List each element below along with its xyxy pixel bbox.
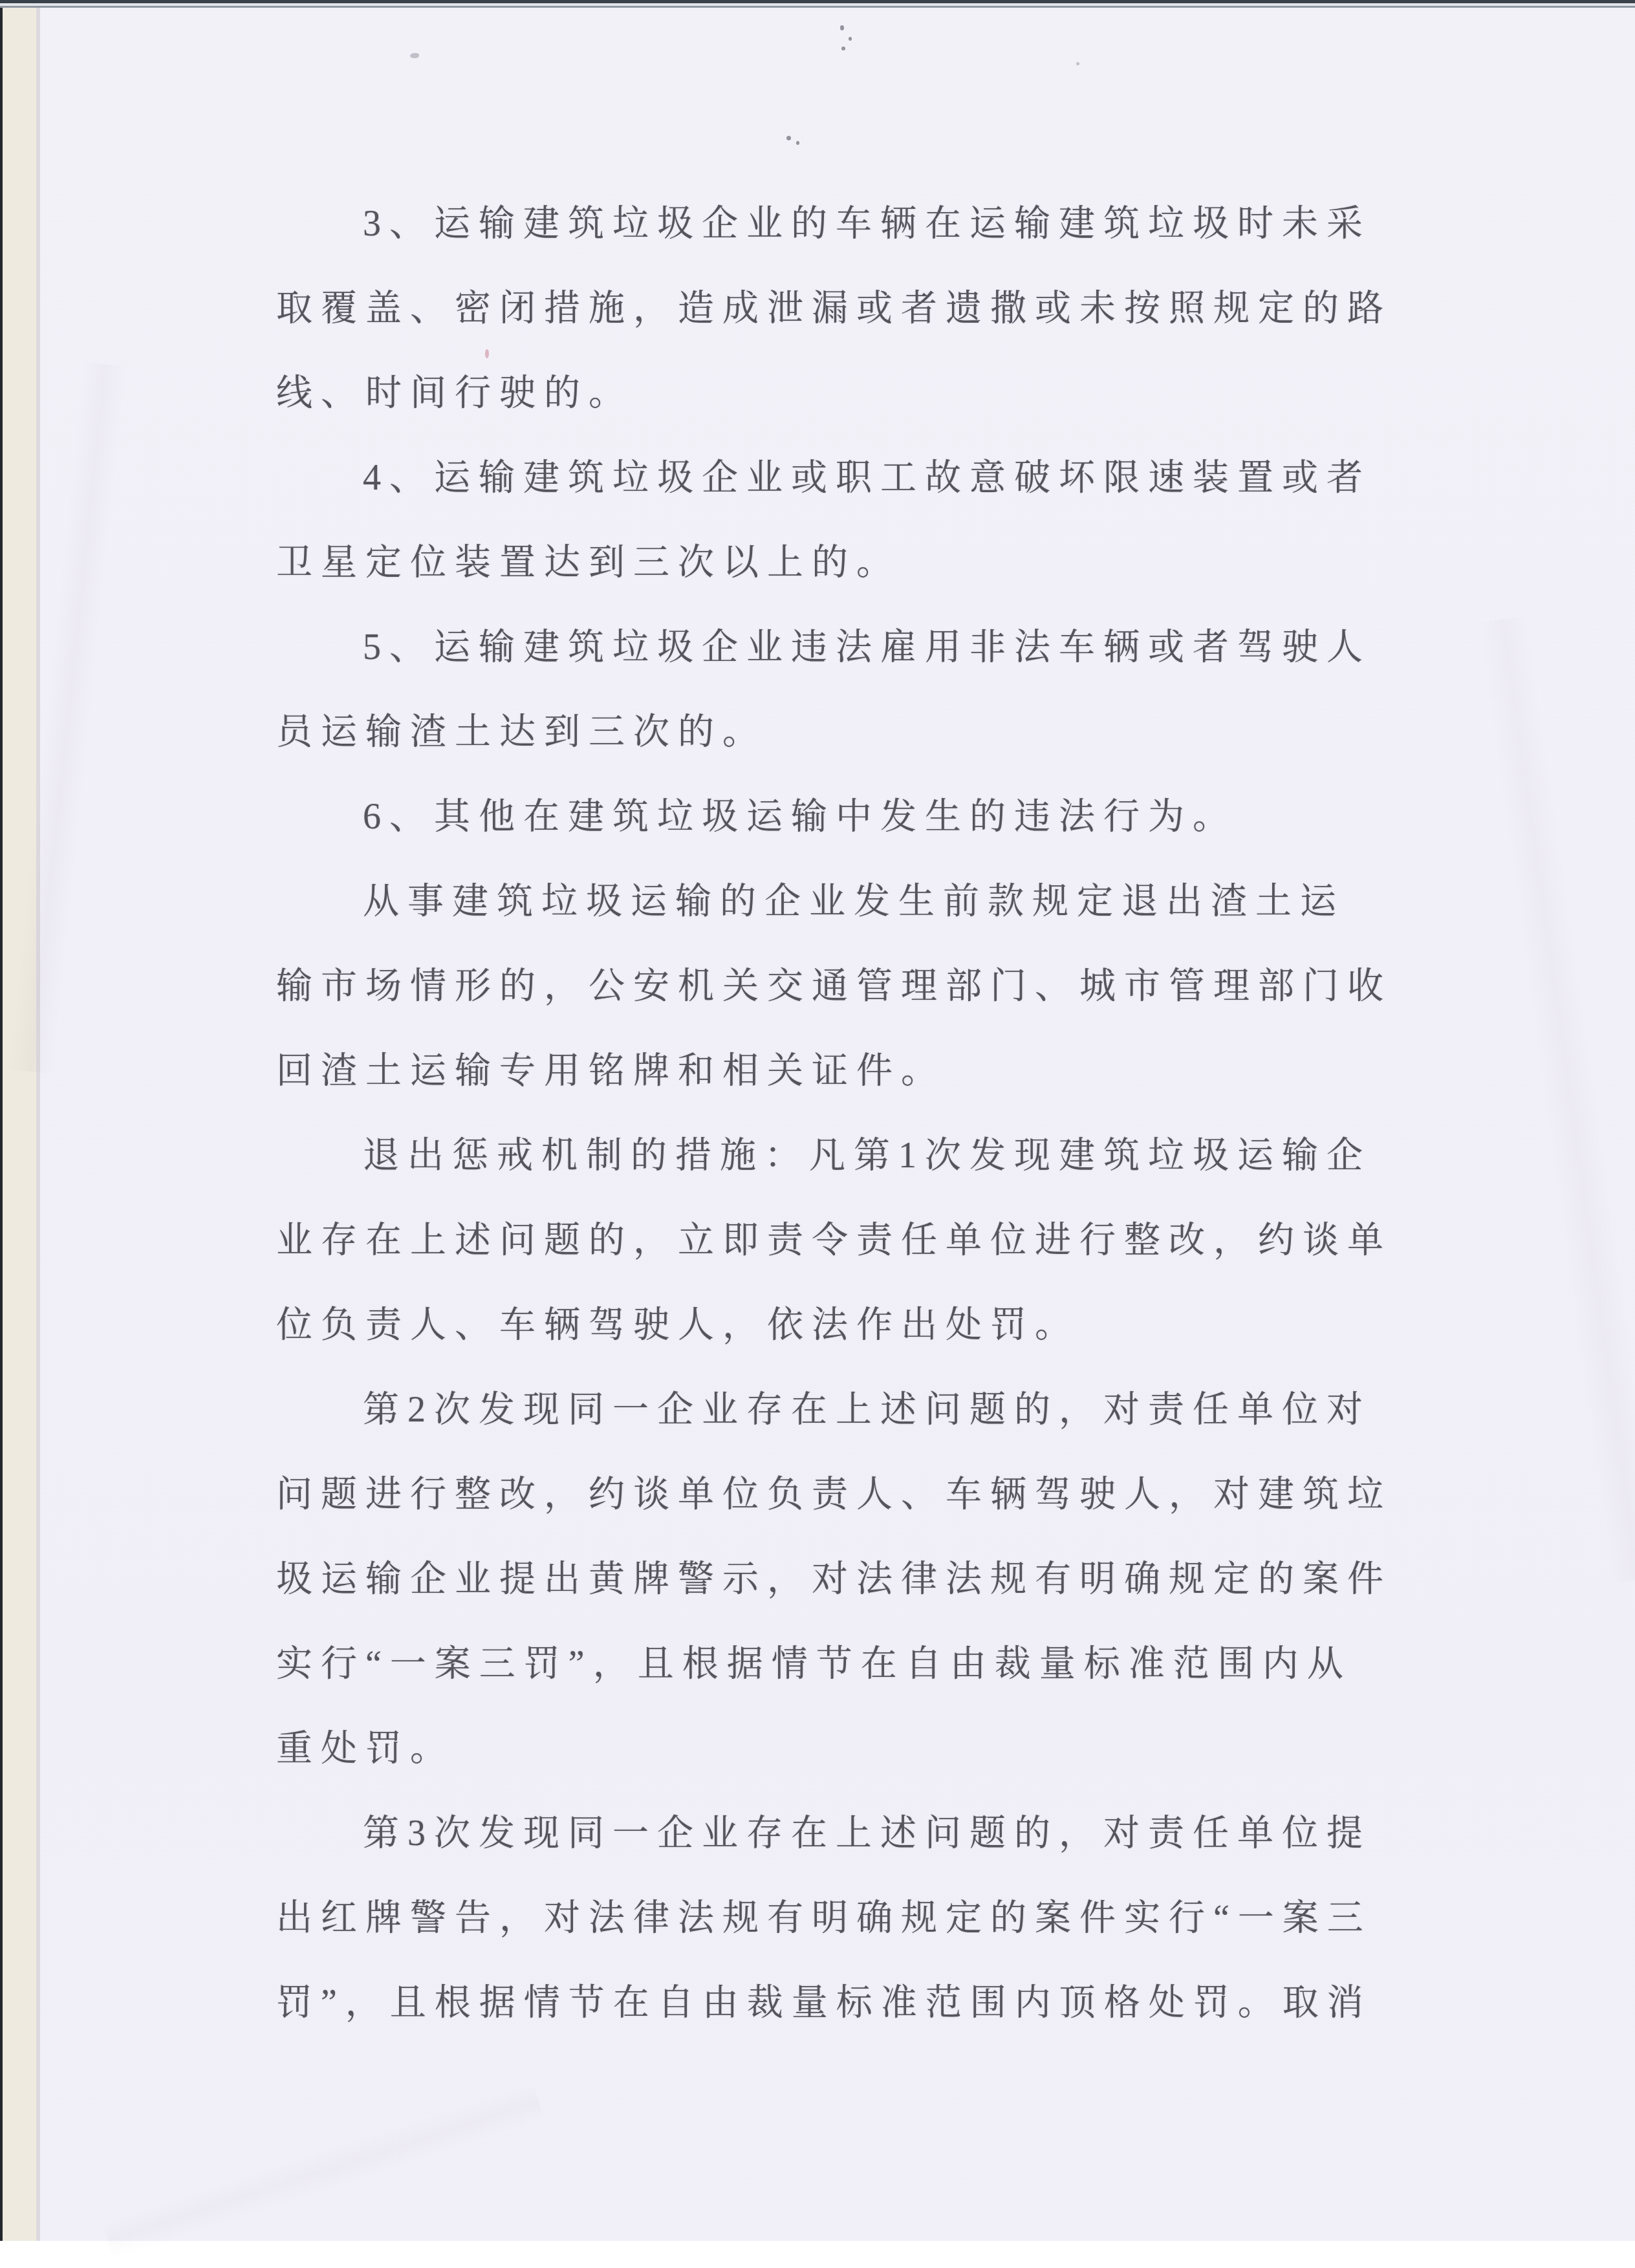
scanner-edge-bottom xyxy=(0,2241,1635,2268)
scanner-edge-left xyxy=(0,8,40,2241)
text-line: 退出惩戒机制的措施：凡第1次发现建筑垃圾运输企 xyxy=(276,1114,1557,1198)
text-line: 重处罚。 xyxy=(276,1707,1557,1791)
scanned-document-page: 3、运输建筑垃圾企业的车辆在运输建筑垃圾时未采取覆盖、密闭措施，造成泄漏或者遗撒… xyxy=(0,0,1635,2268)
paper-crease xyxy=(102,2082,545,2259)
text-line: 问题进行整改，约谈单位负责人、车辆驾驶人，对建筑垃 xyxy=(276,1453,1557,1537)
dust-speck xyxy=(786,136,791,140)
text-line: 实行“一案三罚”，且根据情节在自由裁量标准范围内从 xyxy=(276,1622,1557,1707)
text-line: 位负责人、车辆驾驶人，依法作出处罚。 xyxy=(276,1283,1557,1368)
dust-speck xyxy=(840,25,844,30)
text-line: 3、运输建筑垃圾企业的车辆在运输建筑垃圾时未采 xyxy=(276,182,1557,266)
dust-speck xyxy=(796,141,799,145)
text-line: 从事建筑垃圾运输的企业发生前款规定退出渣土运 xyxy=(276,859,1557,944)
text-line: 业存在上述问题的，立即责令责任单位进行整改，约谈单 xyxy=(276,1198,1557,1283)
document-text-block: 3、运输建筑垃圾企业的车辆在运输建筑垃圾时未采取覆盖、密闭措施，造成泄漏或者遗撒… xyxy=(276,182,1557,2046)
dust-speck xyxy=(841,47,845,50)
dust-speck xyxy=(1076,62,1079,65)
text-line: 第2次发现同一企业存在上述问题的，对责任单位对 xyxy=(276,1368,1557,1453)
text-line: 回渣土运输专用铭牌和相关证件。 xyxy=(276,1029,1557,1114)
text-line: 卫星定位装置达到三次以上的。 xyxy=(276,521,1557,605)
text-line: 取覆盖、密闭措施，造成泄漏或者遗撒或未按照规定的路 xyxy=(276,266,1557,351)
dust-speck xyxy=(410,53,419,58)
text-line: 4、运输建筑垃圾企业或职工故意破坏限速装置或者 xyxy=(276,436,1557,521)
text-line: 5、运输建筑垃圾企业违法雇用非法车辆或者驾驶人 xyxy=(276,605,1557,690)
scanner-edge-top xyxy=(0,0,1635,8)
ink-smudge xyxy=(485,349,489,358)
text-line: 输市场情形的，公安机关交通管理部门、城市管理部门收 xyxy=(276,944,1557,1029)
text-line: 线、时间行驶的。 xyxy=(276,351,1557,436)
text-line: 员运输渣土达到三次的。 xyxy=(276,690,1557,775)
text-line: 6、其他在建筑垃圾运输中发生的违法行为。 xyxy=(276,775,1557,859)
text-line: 圾运输企业提出黄牌警示，对法律法规有明确规定的案件 xyxy=(276,1537,1557,1622)
text-line: 出红牌警告，对法律法规有明确规定的案件实行“一案三 xyxy=(276,1876,1557,1961)
dust-speck xyxy=(849,37,852,41)
text-line: 第3次发现同一企业存在上述问题的，对责任单位提 xyxy=(276,1791,1557,1876)
text-line: 罚”，且根据情节在自由裁量标准范围内顶格处罚。取消 xyxy=(276,1961,1557,2046)
